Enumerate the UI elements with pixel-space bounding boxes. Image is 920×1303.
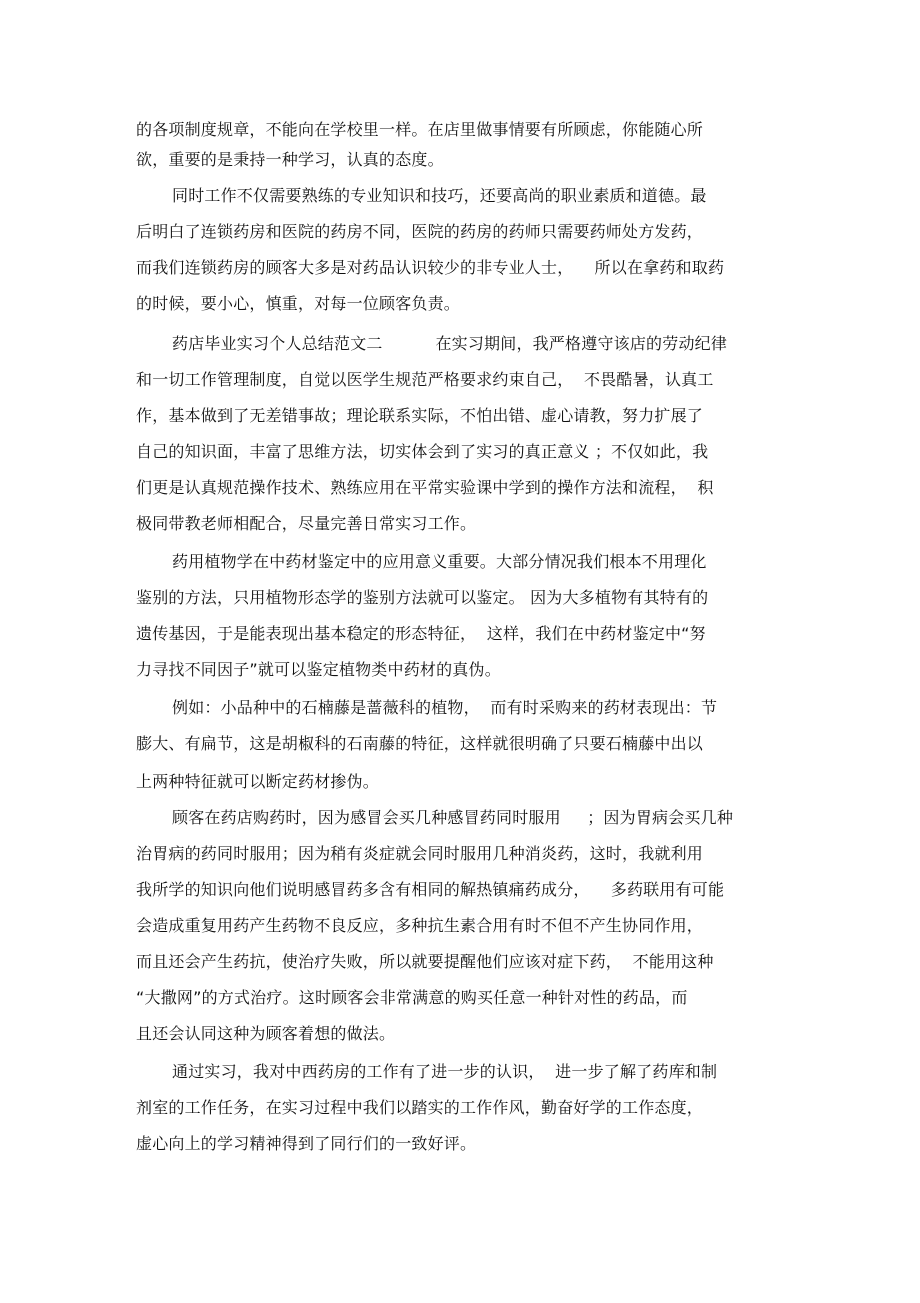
text-line: “大撒网”的方式治疗。这时顾客会非常满意的购买任意一种针对性的药品，而 <box>136 988 688 1008</box>
document-page: 的各项制度规章，不能向在学校里一样。在店里做事情要有所顾虑，你能随心所 欲，重要… <box>0 0 920 1303</box>
paragraph-start-line: 药店毕业实习个人总结范文二 在实习期间，我严格遵守该店的劳动纪律 <box>172 334 727 354</box>
text-line: 上两种特征就可以断定药材掺伪。 <box>136 772 379 792</box>
text-line: 的各项制度规章，不能向在学校里一样。在店里做事情要有所顾虑，你能随心所 <box>136 120 703 140</box>
text-line: 力寻找不同因子”就可以鉴定植物类中药材的真伪。 <box>136 660 501 680</box>
paragraph-start-line: 通过实习，我对中西药房的工作有了进一步的认识， 进一步了解了药库和制 <box>172 1062 717 1082</box>
text-line: 而我们连锁药房的顾客大多是对药品认识较少的非专业人士， 所以在拿药和取药 <box>136 258 724 278</box>
paragraph-start-line: 例如：小品种中的石楠藤是蔷薇科的植物， 而有时采购来的药材表现出：节 <box>172 698 717 718</box>
text-line: 遗传基因，于是能表现出基本稳定的形态特征， 这样，我们在中药材鉴定中“努 <box>136 624 706 644</box>
text-line: 且还会认同这种为顾客着想的做法。 <box>136 1024 395 1044</box>
paragraph-start-line: 药用植物学在中药材鉴定中的应用意义重要。大部分情况我们根本不用理化 <box>172 552 707 572</box>
text-line: 膨大、有扁节，这是胡椒科的石南藤的特征，这样就很明确了只要石楠藤中出以 <box>136 734 703 754</box>
text-line: 们更是认真规范操作技术、熟练应用在平常实验课中学到的操作方法和流程， 积 <box>136 478 714 498</box>
paragraph-start-line: 顾客在药店购药时，因为感冒会买几种感冒药同时服用 ；因为胃病会买几种 <box>172 808 733 828</box>
text-line: 作，基本做到了无差错事故；理论联系实际，不怕出错、虚心请教，努力扩展了 <box>136 406 703 426</box>
text-line: 欲，重要的是秉持一种学习，认真的态度。 <box>136 150 444 170</box>
text-line: 虚心向上的学习精神得到了同行们的一致好评。 <box>136 1134 476 1154</box>
text-line: 会造成重复用药产生药物不良反应，多种抗生素合用有时不但不产生协同作用， <box>136 916 703 936</box>
paragraph-start-line: 同时工作不仅需要熟练的专业知识和技巧，还要高尚的职业素质和道德。最 <box>172 186 707 206</box>
text-line: 后明白了连锁药房和医院的药房不同，医院的药房的药师只需要药师处方发药， <box>136 222 703 242</box>
text-line: 治胃病的药同时服用；因为稍有炎症就会同时服用几种消炎药，这时，我就利用 <box>136 844 703 864</box>
text-line: 剂室的工作任务，在实习过程中我们以踏实的工作作风，勤奋好学的工作态度， <box>136 1098 703 1118</box>
text-line: 极同带教老师相配合，尽量完善日常实习工作。 <box>136 514 476 534</box>
text-line: 而且还会产生药抗，使治疗失败，所以就要提醒他们应该对症下药， 不能用这种 <box>136 952 714 972</box>
text-line: 我所学的知识向他们说明感冒药多含有相同的解热镇痛药成分， 多药联用有可能 <box>136 880 724 900</box>
text-line: 自己的知识面，丰富了思维方法，切实体会到了实习的真正意义 ；不仅如此，我 <box>136 442 708 462</box>
text-line: 的时候，要小心，慎重，对每一位顾客负责。 <box>136 294 460 314</box>
text-line: 和一切工作管理制度，自觉以医学生规范严格要求约束自己， 不畏酷暑，认真工 <box>136 370 714 390</box>
text-line: 鉴别的方法，只用植物形态学的鉴别方法就可以鉴定。 因为大多植物有其特有的 <box>136 588 708 608</box>
